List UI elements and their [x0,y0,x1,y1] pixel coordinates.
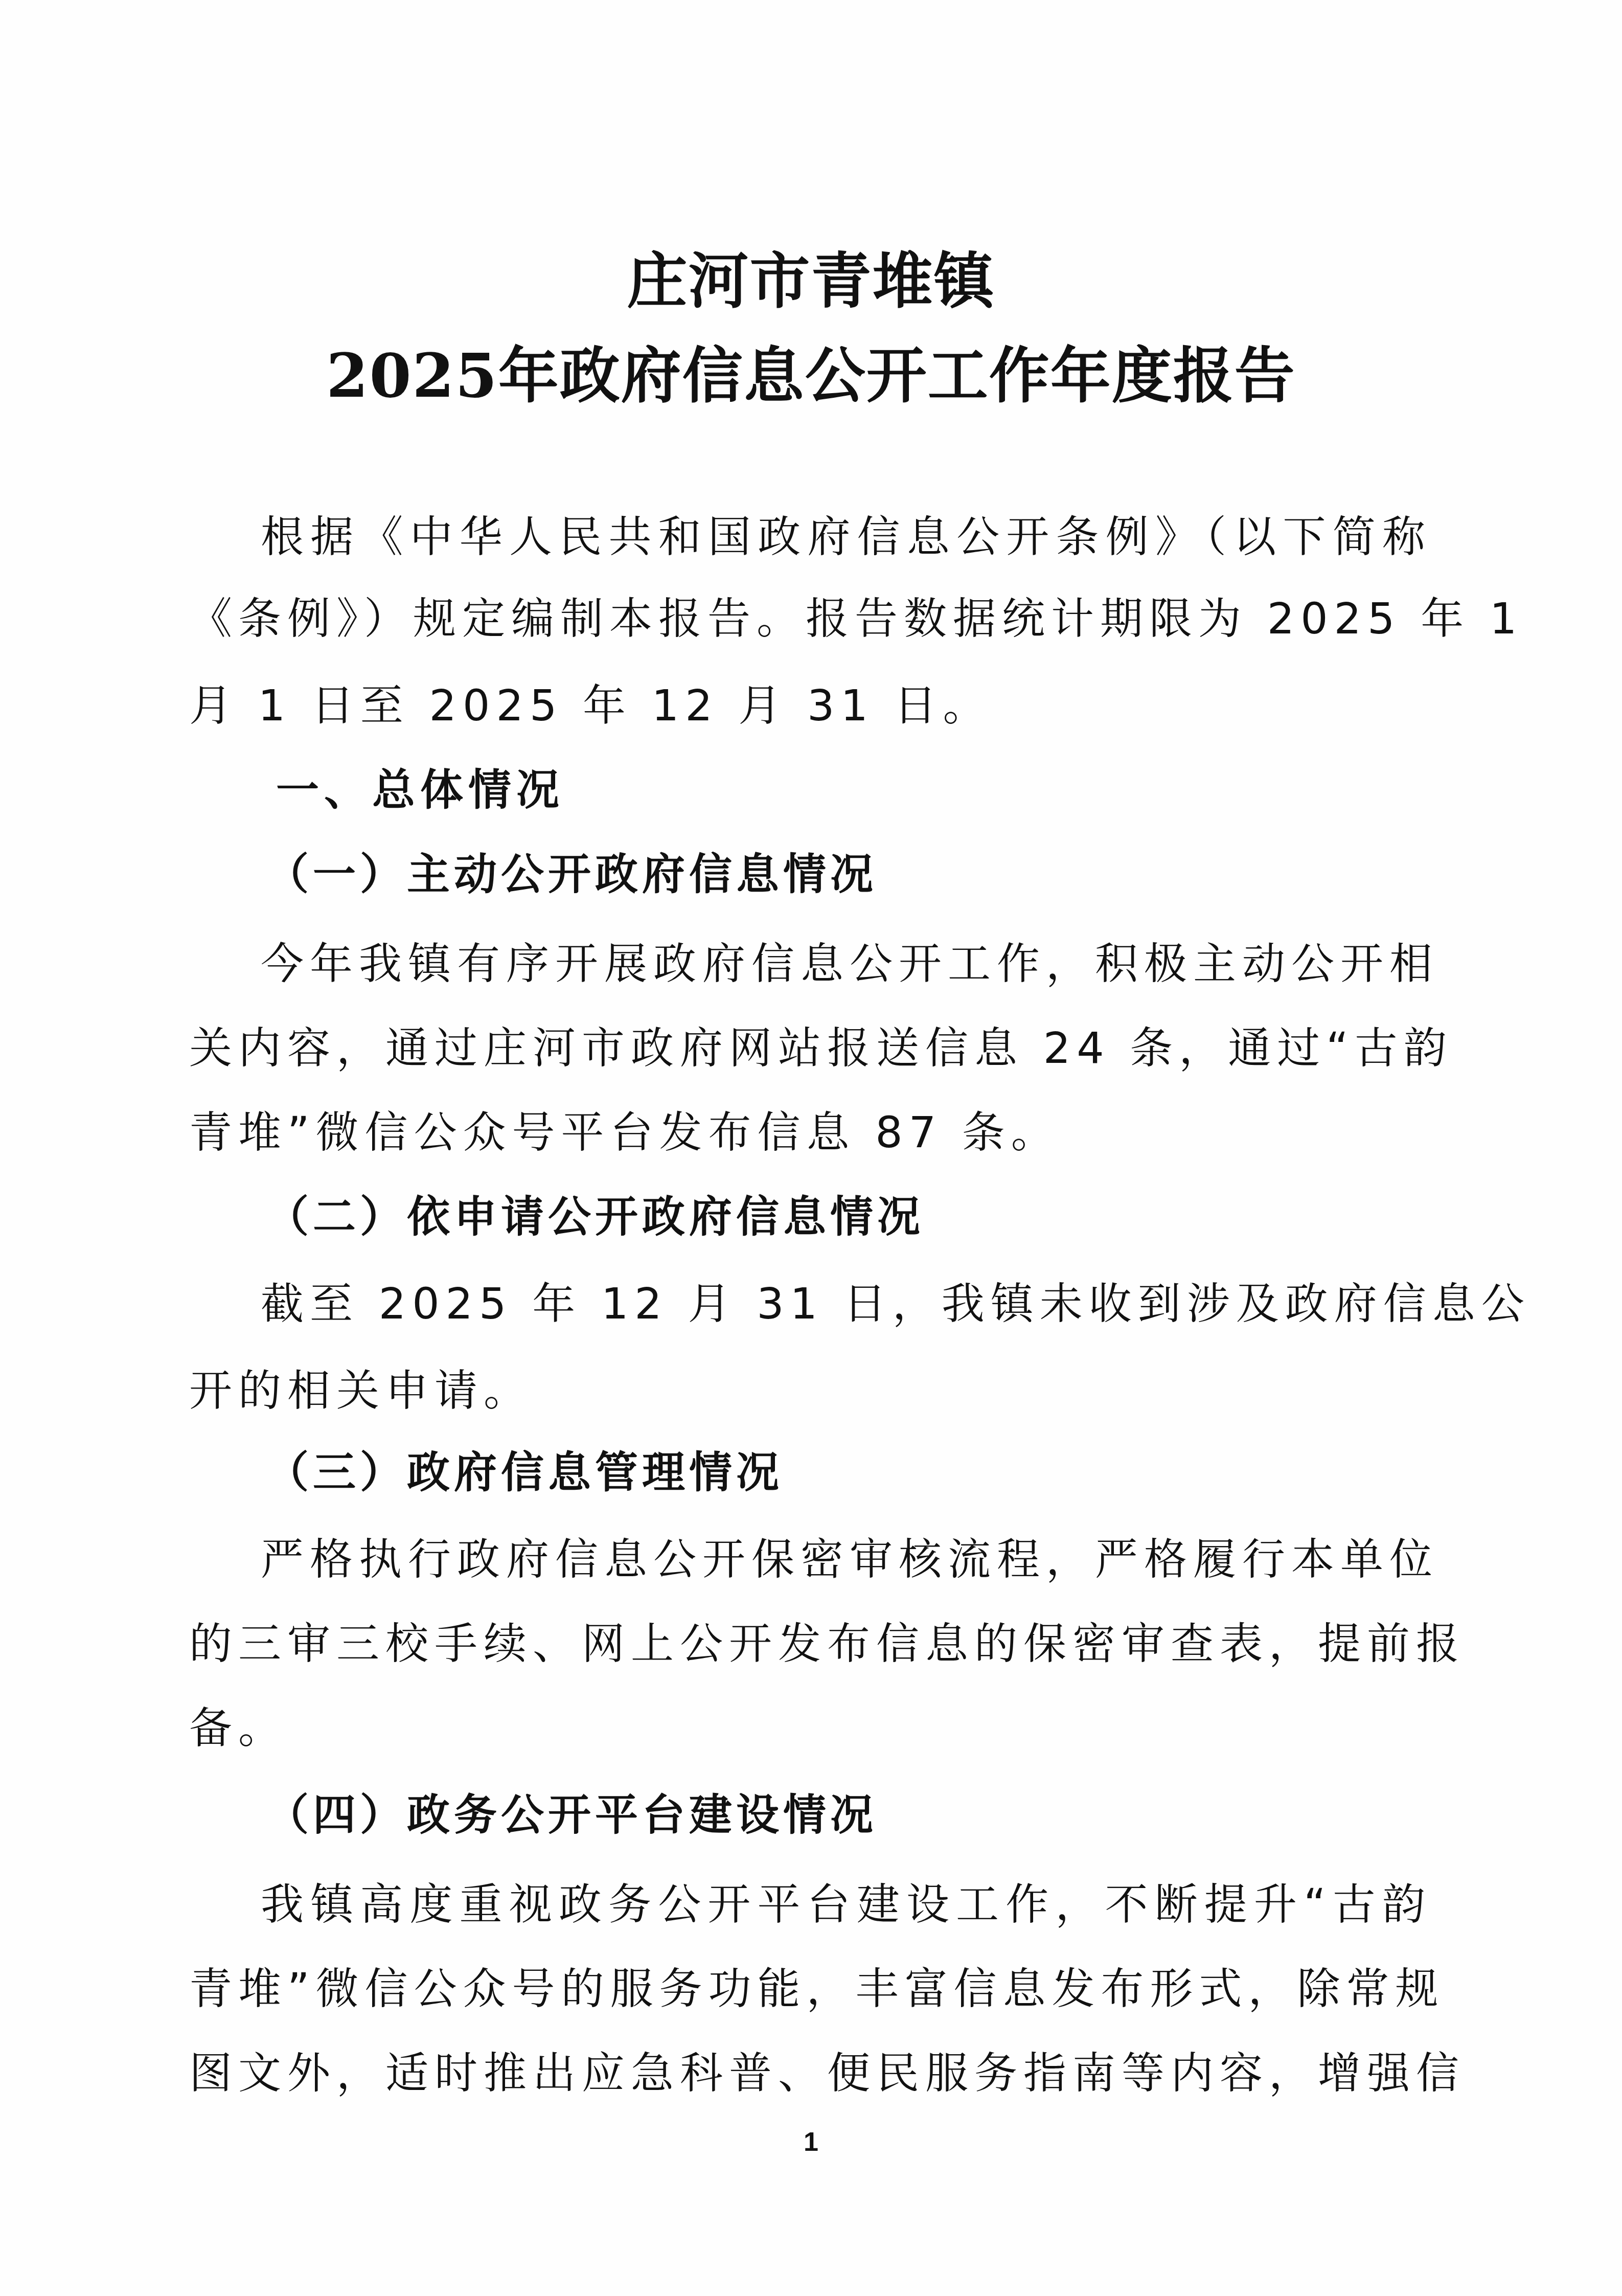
subsection-heading: （四）政务公开平台建设情况 [266,1789,1508,1840]
paragraph-line: 关内容，通过庄河市政府网站报送信息 24 条，通过“古韵 [189,1022,1431,1074]
section-heading-overview: 一、总体情况 [276,764,1518,815]
subsection-heading: （一）主动公开政府信息情况 [266,849,1508,900]
paragraph-line: 图文外，适时推出应急科普、便民服务指南等内容，增强信 [189,2048,1431,2099]
document-title-line-2: 2025年政府信息公开工作年度报告 [0,327,1622,414]
page-number: 1 [0,2127,1622,2157]
document-title-line-1: 庄河市青堆镇 [0,233,1622,320]
intro-line-1: 根据《中华人民共和国政府信息公开条例》（以下简称 [261,511,1431,562]
intro-line-3: 月 1 日至 2025 年 12 月 31 日。 [189,680,1431,731]
paragraph-line: 截至 2025 年 12 月 31 日，我镇未收到涉及政府信息公 [261,1278,1431,1329]
paragraph-line: 备。 [189,1702,1431,1754]
paragraph-line: 今年我镇有序开展政府信息公开工作，积极主动公开相 [261,938,1431,989]
intro-line-2: 《条例》）规定编制本报告。报告数据统计期限为 2025 年 1 [189,593,1431,644]
paragraph-line: 青堆”微信公众号平台发布信息 87 条。 [189,1107,1431,1158]
subsection-heading: （三）政府信息管理情况 [266,1447,1508,1498]
paragraph-line: 我镇高度重视政务公开平台建设工作，不断提升“古韵 [261,1879,1431,1930]
document-page: 庄河市青堆镇 2025年政府信息公开工作年度报告 根据《中华人民共和国政府信息公… [0,0,1622,2296]
paragraph-line: 的三审三校手续、网上公开发布信息的保密审查表，提前报 [189,1618,1431,1669]
paragraph-line: 开的相关申请。 [189,1365,1431,1416]
subsection-heading: （二）依申请公开政府信息情况 [266,1191,1508,1242]
paragraph-line: 青堆”微信公众号的服务功能，丰富信息发布形式，除常规 [189,1963,1431,2014]
paragraph-line: 严格执行政府信息公开保密审核流程，严格履行本单位 [261,1534,1431,1585]
